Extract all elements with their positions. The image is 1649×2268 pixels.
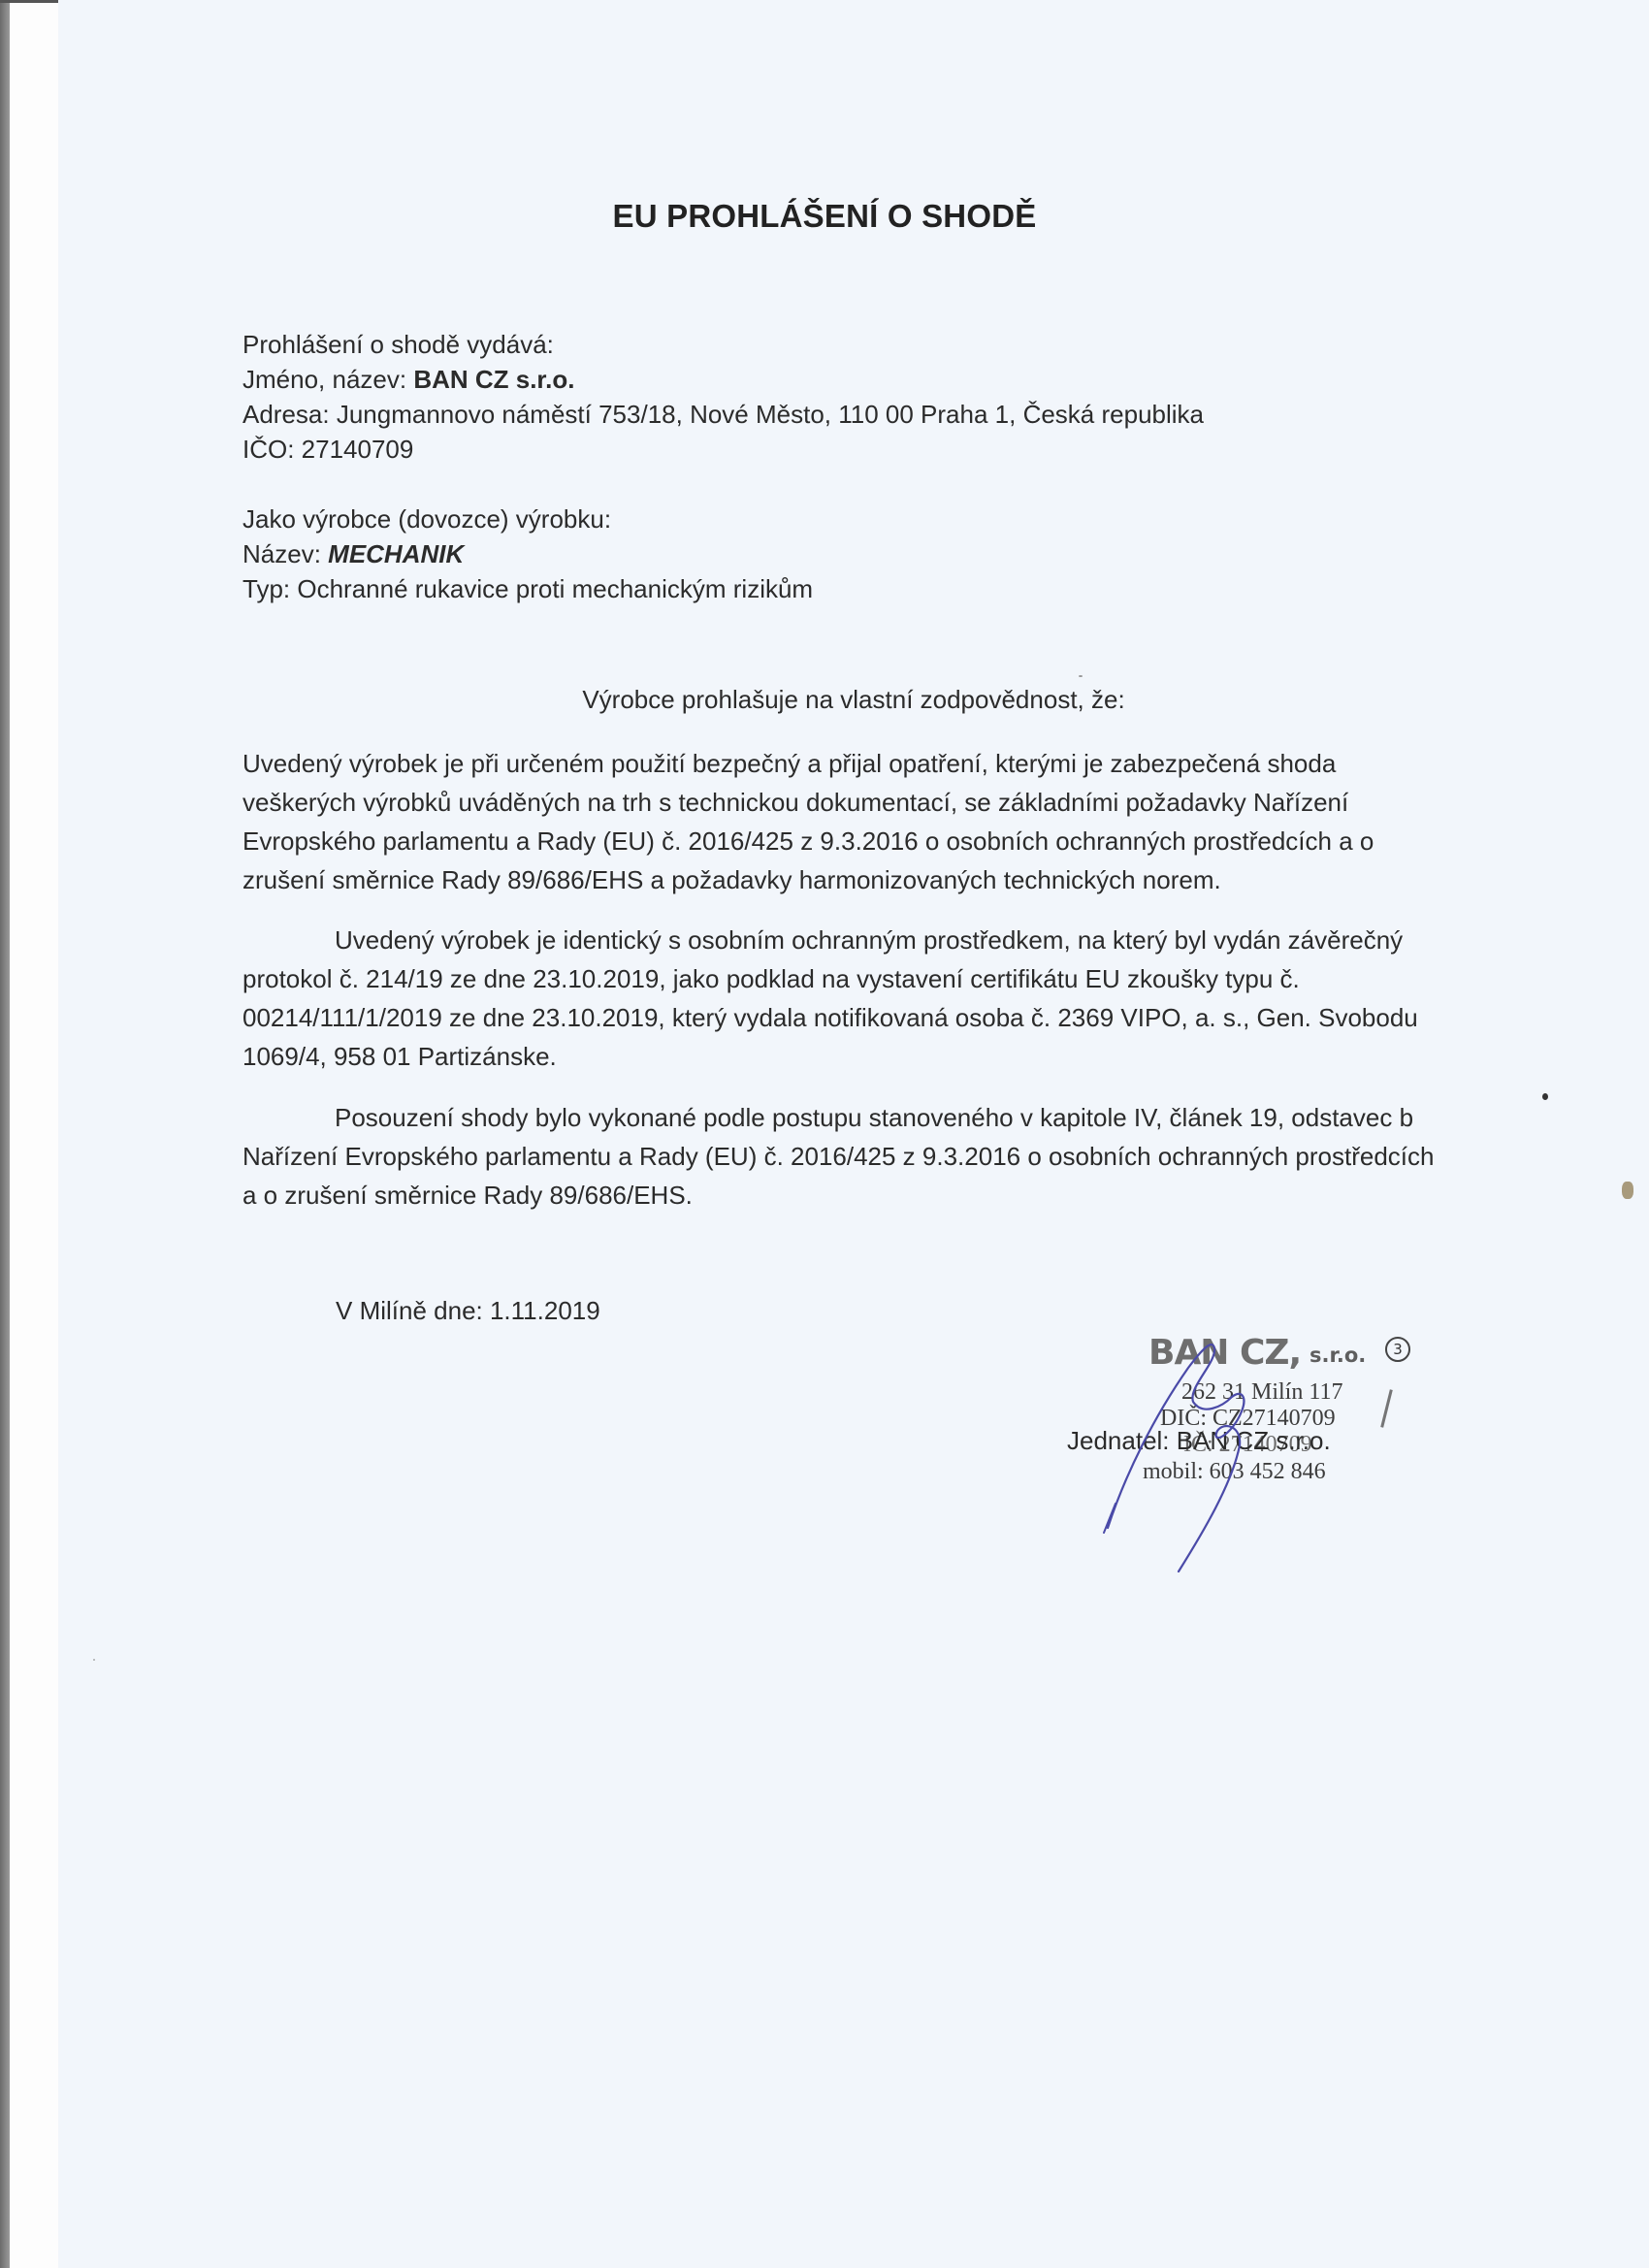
issuer-name-label: Jméno, název: <box>242 365 413 394</box>
issuer-block: Prohlášení o shodě vydává: Jméno, název:… <box>242 327 1204 467</box>
paragraph-conformity: Uvedený výrobek je při určeném použití b… <box>242 744 1455 899</box>
product-heading: Jako výrobce (dovozce) výrobku: <box>242 502 813 536</box>
scan-margin <box>10 0 58 2268</box>
scan-speck <box>1542 1093 1548 1100</box>
issuer-name-line: Jméno, název: BAN CZ s.r.o. <box>242 362 1204 397</box>
paragraph-assessment: Posouzení shody bylo vykonané podle post… <box>242 1098 1455 1215</box>
product-type: Typ: Ochranné rukavice proti mechanickým… <box>242 571 813 606</box>
product-name-line: Název: MECHANIK <box>242 536 813 571</box>
issuer-name: BAN CZ s.r.o. <box>413 365 574 394</box>
declaration-intro: Výrobce prohlašuje na vlastní zodpovědno… <box>0 685 1649 715</box>
issuer-ico: IČO: 27140709 <box>242 432 1204 467</box>
document-title: EU PROHLÁŠENÍ O SHODĚ <box>0 198 1649 235</box>
handwritten-signature-icon <box>1096 1329 1348 1581</box>
product-block: Jako výrobce (dovozce) výrobku: Název: M… <box>242 502 813 606</box>
scan-speck <box>1622 1182 1633 1199</box>
place-date: V Milíně dne: 1.11.2019 <box>336 1296 600 1326</box>
paragraph-text: Posouzení shody bylo vykonané podle post… <box>242 1098 1455 1215</box>
product-name-label: Název: <box>242 539 328 568</box>
scan-speck <box>1079 675 1083 677</box>
issuer-heading: Prohlášení o shodě vydává: <box>242 327 1204 362</box>
product-name: MECHANIK <box>328 539 464 568</box>
issuer-address: Adresa: Jungmannovo náměstí 753/18, Nové… <box>242 397 1204 432</box>
paragraph-text: Uvedený výrobek je identický s osobním o… <box>242 921 1455 1076</box>
paragraph-text: Uvedený výrobek je při určeném použití b… <box>242 744 1455 899</box>
scan-edge <box>0 0 10 2268</box>
stamp-number-icon: 3 <box>1385 1337 1410 1362</box>
scan-edge-top <box>0 0 60 3</box>
paragraph-certificate: Uvedený výrobek je identický s osobním o… <box>242 921 1455 1076</box>
scan-speck <box>93 1659 95 1661</box>
